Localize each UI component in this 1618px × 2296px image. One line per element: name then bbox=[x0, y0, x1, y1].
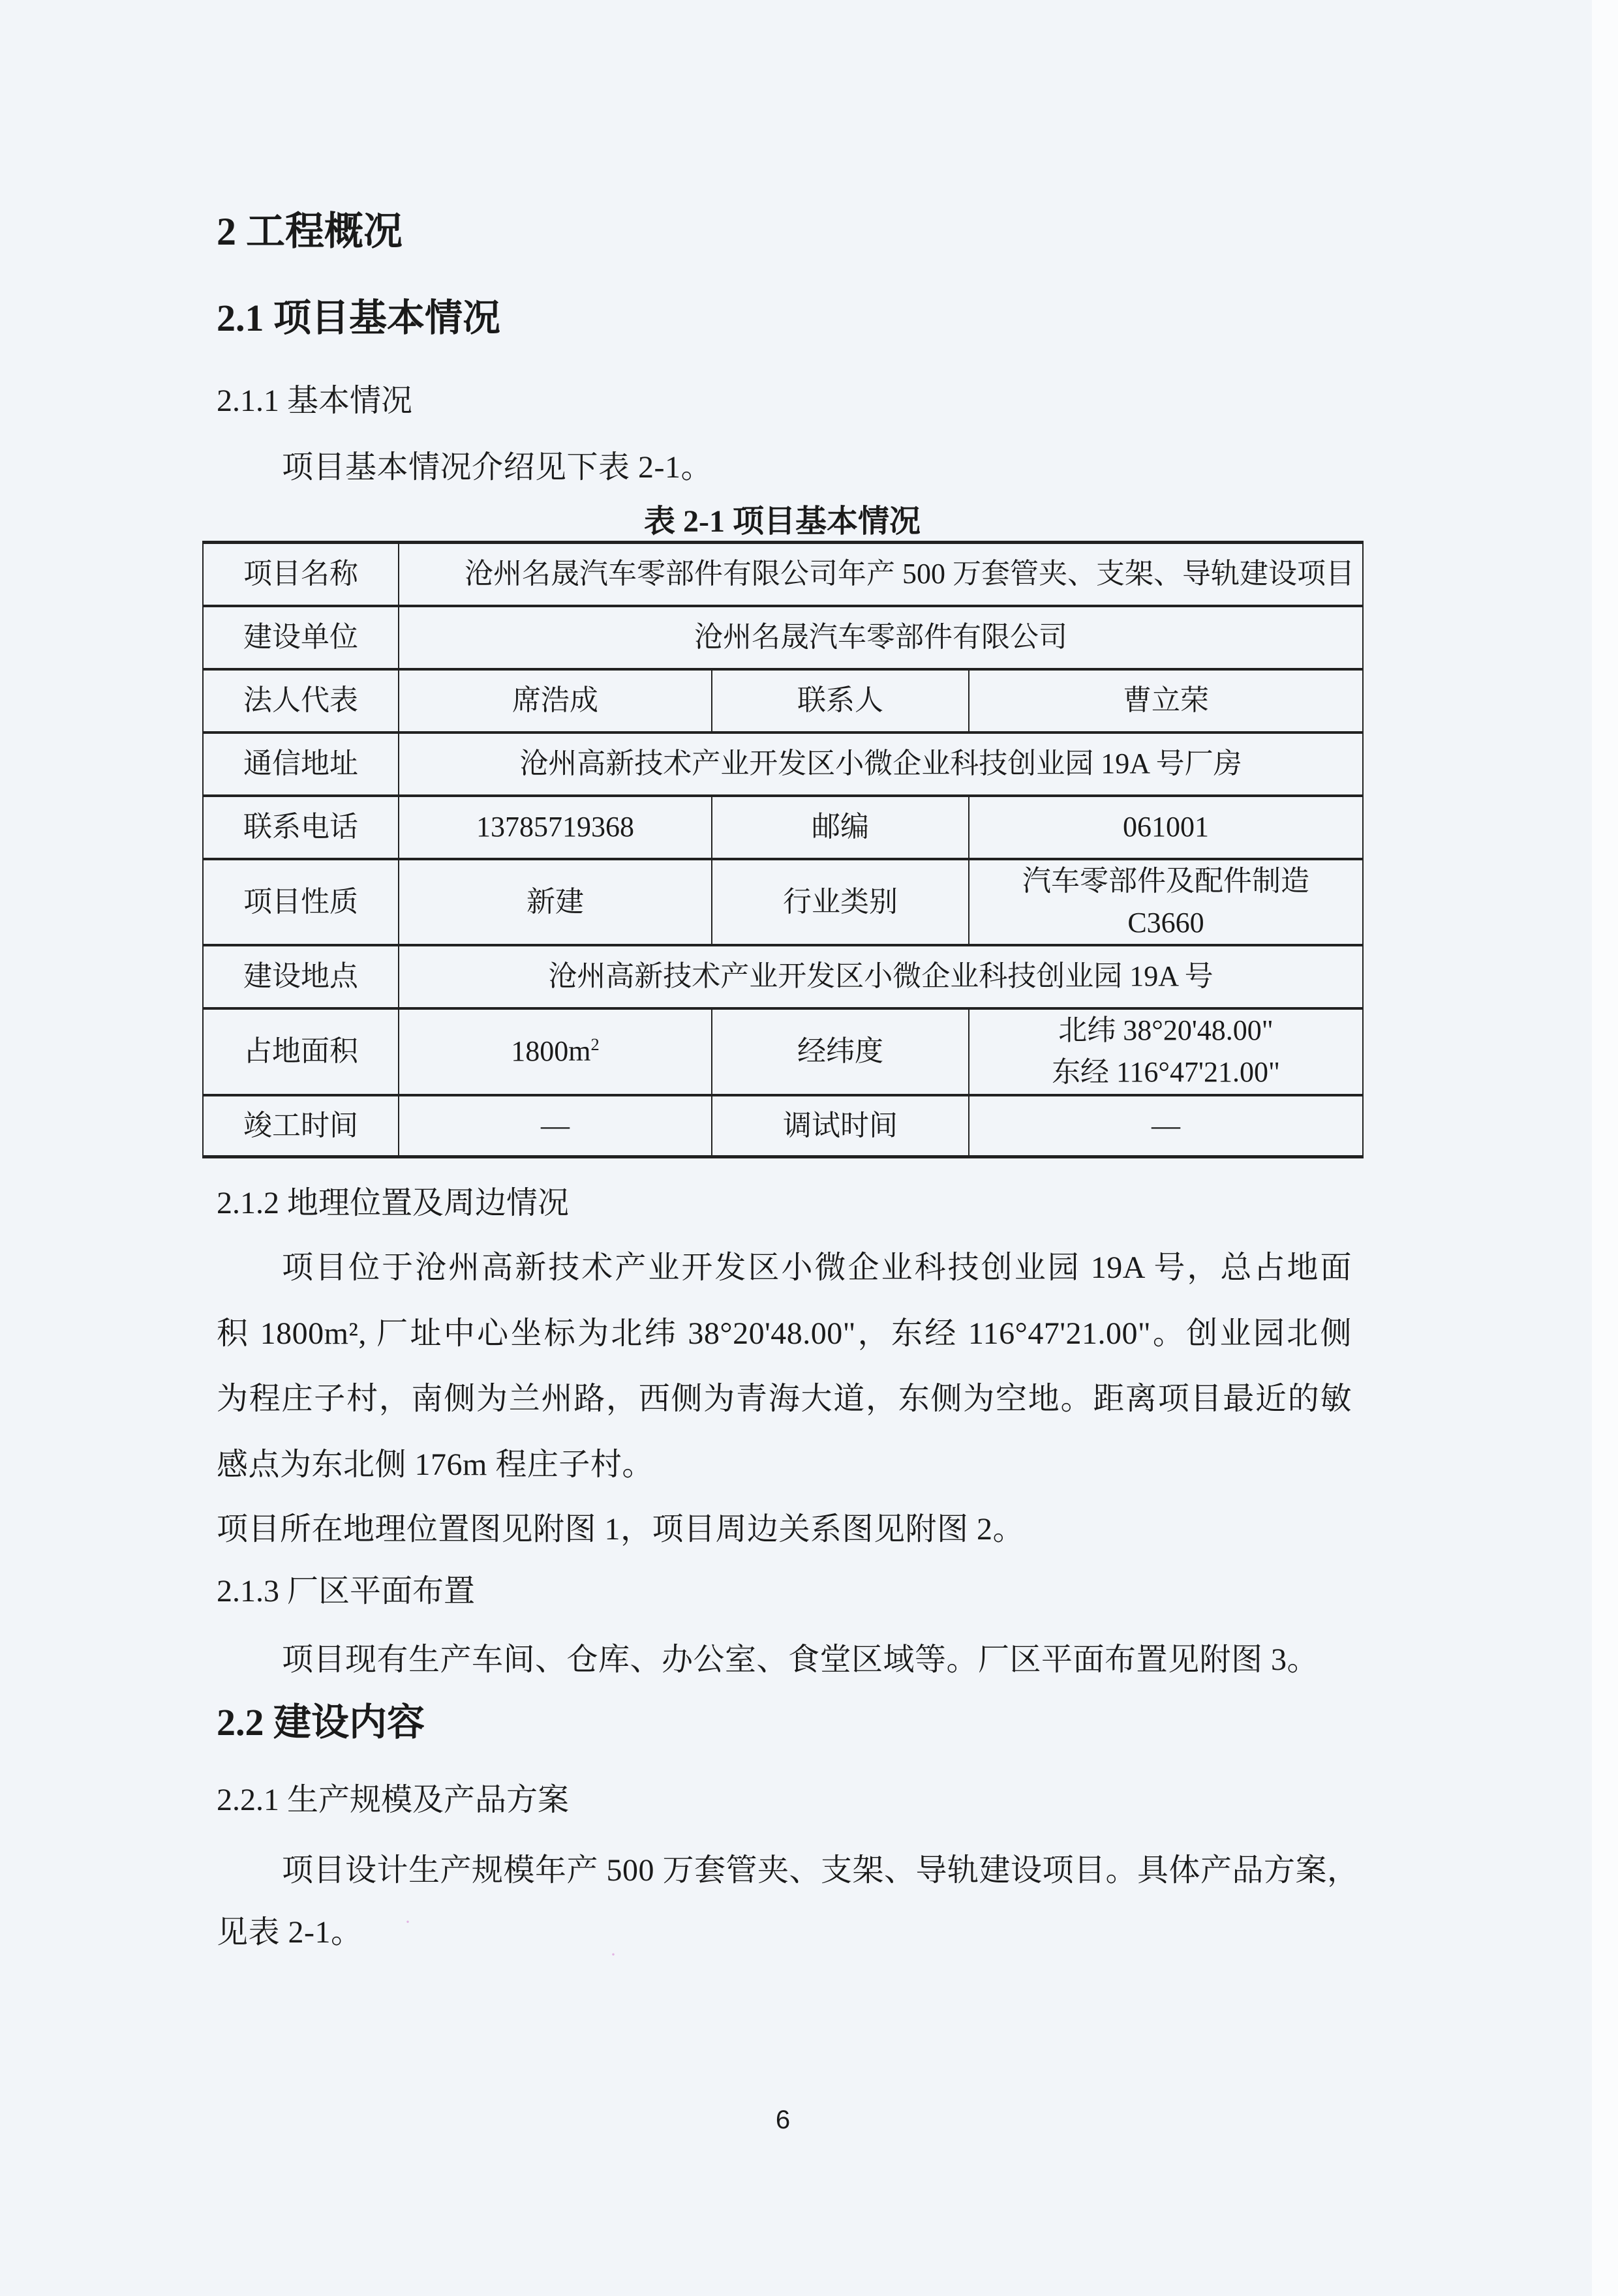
value-cell: 北纬 38°20'48.00" 东经 116°47'21.00" bbox=[969, 1008, 1363, 1095]
scale-paragraph-line: 项目设计生产规模年产 500 万套管夹、支架、导轨建设项目。具体产品方案， bbox=[282, 1855, 1359, 1886]
location-paragraph-line: 为程庄子村，南侧为兰州路，西侧为青海大道，东侧为空地。距离项目最近的敏 bbox=[217, 1383, 1352, 1415]
label-cell: 通信地址 bbox=[203, 733, 399, 796]
subsection-heading-2-1-2: 2.1.2 地理位置及周边情况 bbox=[217, 1188, 569, 1219]
label-cell: 占地面积 bbox=[203, 1008, 399, 1095]
page-right-edge bbox=[1592, 0, 1618, 2296]
table-row-address: 通信地址 沧州高新技术产业开发区小微企业科技创业园 19A 号厂房 bbox=[203, 733, 1363, 796]
value-cell: 汽车零部件及配件制造 C3660 bbox=[969, 859, 1363, 945]
subsection-heading-2-1-1: 2.1.1 基本情况 bbox=[217, 385, 412, 417]
label-cell: 联系人 bbox=[712, 669, 969, 733]
value-cell: 13785719368 bbox=[399, 796, 712, 859]
value-cell: — bbox=[399, 1095, 712, 1157]
scale-paragraph-line: 见表 2-1。 bbox=[217, 1917, 363, 1948]
location-paragraph-line: 积 1800m², 厂址中心坐标为北纬 38°20'48.00"，东经 116°… bbox=[217, 1318, 1352, 1350]
value-cell: 061001 bbox=[969, 796, 1363, 859]
table-row-site: 建设地点 沧州高新技术产业开发区小微企业科技创业园 19A 号 bbox=[203, 945, 1363, 1008]
value-cell: 1800m2 bbox=[399, 1008, 712, 1095]
label-cell: 行业类别 bbox=[712, 859, 969, 945]
industry-code: C3660 bbox=[975, 902, 1357, 944]
label-cell: 联系电话 bbox=[203, 796, 399, 859]
label-cell: 法人代表 bbox=[203, 669, 399, 733]
chapter-heading: 2 工程概况 bbox=[217, 212, 403, 251]
label-cell: 建设地点 bbox=[203, 945, 399, 1008]
value-cell: 沧州名晟汽车零部件有限公司年产 500 万套管夹、支架、导轨建设项目 bbox=[399, 543, 1363, 606]
table-row-legal-rep: 法人代表 席浩成 联系人 曹立荣 bbox=[203, 669, 1363, 733]
area-value: 1800m bbox=[511, 1035, 590, 1067]
location-paragraph-line: 项目位于沧州高新技术产业开发区小微企业科技创业园 19A 号，总占地面 bbox=[282, 1252, 1352, 1284]
table-row-project-name: 项目名称 沧州名晟汽车零部件有限公司年产 500 万套管夹、支架、导轨建设项目 bbox=[203, 543, 1363, 606]
section-heading-2-1: 2.1 项目基本情况 bbox=[217, 299, 500, 337]
value-cell: — bbox=[969, 1095, 1363, 1157]
table-row-builder: 建设单位 沧州名晟汽车零部件有限公司 bbox=[203, 606, 1363, 669]
section-heading-2-2: 2.2 建设内容 bbox=[217, 1704, 425, 1742]
latitude: 北纬 38°20'48.00" bbox=[975, 1010, 1357, 1051]
label-cell: 项目名称 bbox=[203, 543, 399, 606]
scan-artifact: · bbox=[404, 1911, 411, 1933]
intro-paragraph: 项目基本情况介绍见下表 2-1。 bbox=[282, 452, 712, 483]
location-paragraph-line: 感点为东北侧 176m 程庄子村。 bbox=[217, 1449, 654, 1481]
label-cell: 建设单位 bbox=[203, 606, 399, 669]
value-cell: 新建 bbox=[399, 859, 712, 945]
industry-name: 汽车零部件及配件制造 bbox=[975, 860, 1357, 902]
label-cell: 竣工时间 bbox=[203, 1095, 399, 1157]
label-cell: 经纬度 bbox=[712, 1008, 969, 1095]
area-exponent: 2 bbox=[591, 1035, 600, 1054]
longitude: 东经 116°47'21.00" bbox=[975, 1051, 1357, 1093]
table-caption: 表 2-1 项目基本情况 bbox=[202, 506, 1362, 537]
value-cell: 沧州名晟汽车零部件有限公司 bbox=[399, 606, 1363, 669]
table-row-nature: 项目性质 新建 行业类别 汽车零部件及配件制造 C3660 bbox=[203, 859, 1363, 945]
scan-artifact: · bbox=[610, 1944, 617, 1966]
table-row-completion: 竣工时间 — 调试时间 — bbox=[203, 1095, 1363, 1157]
table-row-phone: 联系电话 13785719368 邮编 061001 bbox=[203, 796, 1363, 859]
subsection-heading-2-1-3: 2.1.3 厂区平面布置 bbox=[217, 1576, 475, 1607]
project-info-table: 项目名称 沧州名晟汽车零部件有限公司年产 500 万套管夹、支架、导轨建设项目 … bbox=[202, 541, 1364, 1158]
layout-paragraph: 项目现有生产车间、仓库、办公室、食堂区域等。厂区平面布置见附图 3。 bbox=[282, 1644, 1319, 1676]
value-cell: 沧州高新技术产业开发区小微企业科技创业园 19A 号 bbox=[399, 945, 1363, 1008]
label-cell: 调试时间 bbox=[712, 1095, 969, 1157]
label-cell: 项目性质 bbox=[203, 859, 399, 945]
value-cell: 曹立荣 bbox=[969, 669, 1363, 733]
page-number: 6 bbox=[0, 2106, 1566, 2135]
value-cell: 席浩成 bbox=[399, 669, 712, 733]
table-row-area: 占地面积 1800m2 经纬度 北纬 38°20'48.00" 东经 116°4… bbox=[203, 1008, 1363, 1095]
value-cell: 沧州高新技术产业开发区小微企业科技创业园 19A 号厂房 bbox=[399, 733, 1363, 796]
subsection-heading-2-2-1: 2.2.1 生产规模及产品方案 bbox=[217, 1785, 569, 1816]
label-cell: 邮编 bbox=[712, 796, 969, 859]
figures-reference-paragraph: 项目所在地理位置图见附图 1，项目周边关系图见附图 2。 bbox=[217, 1514, 1024, 1545]
